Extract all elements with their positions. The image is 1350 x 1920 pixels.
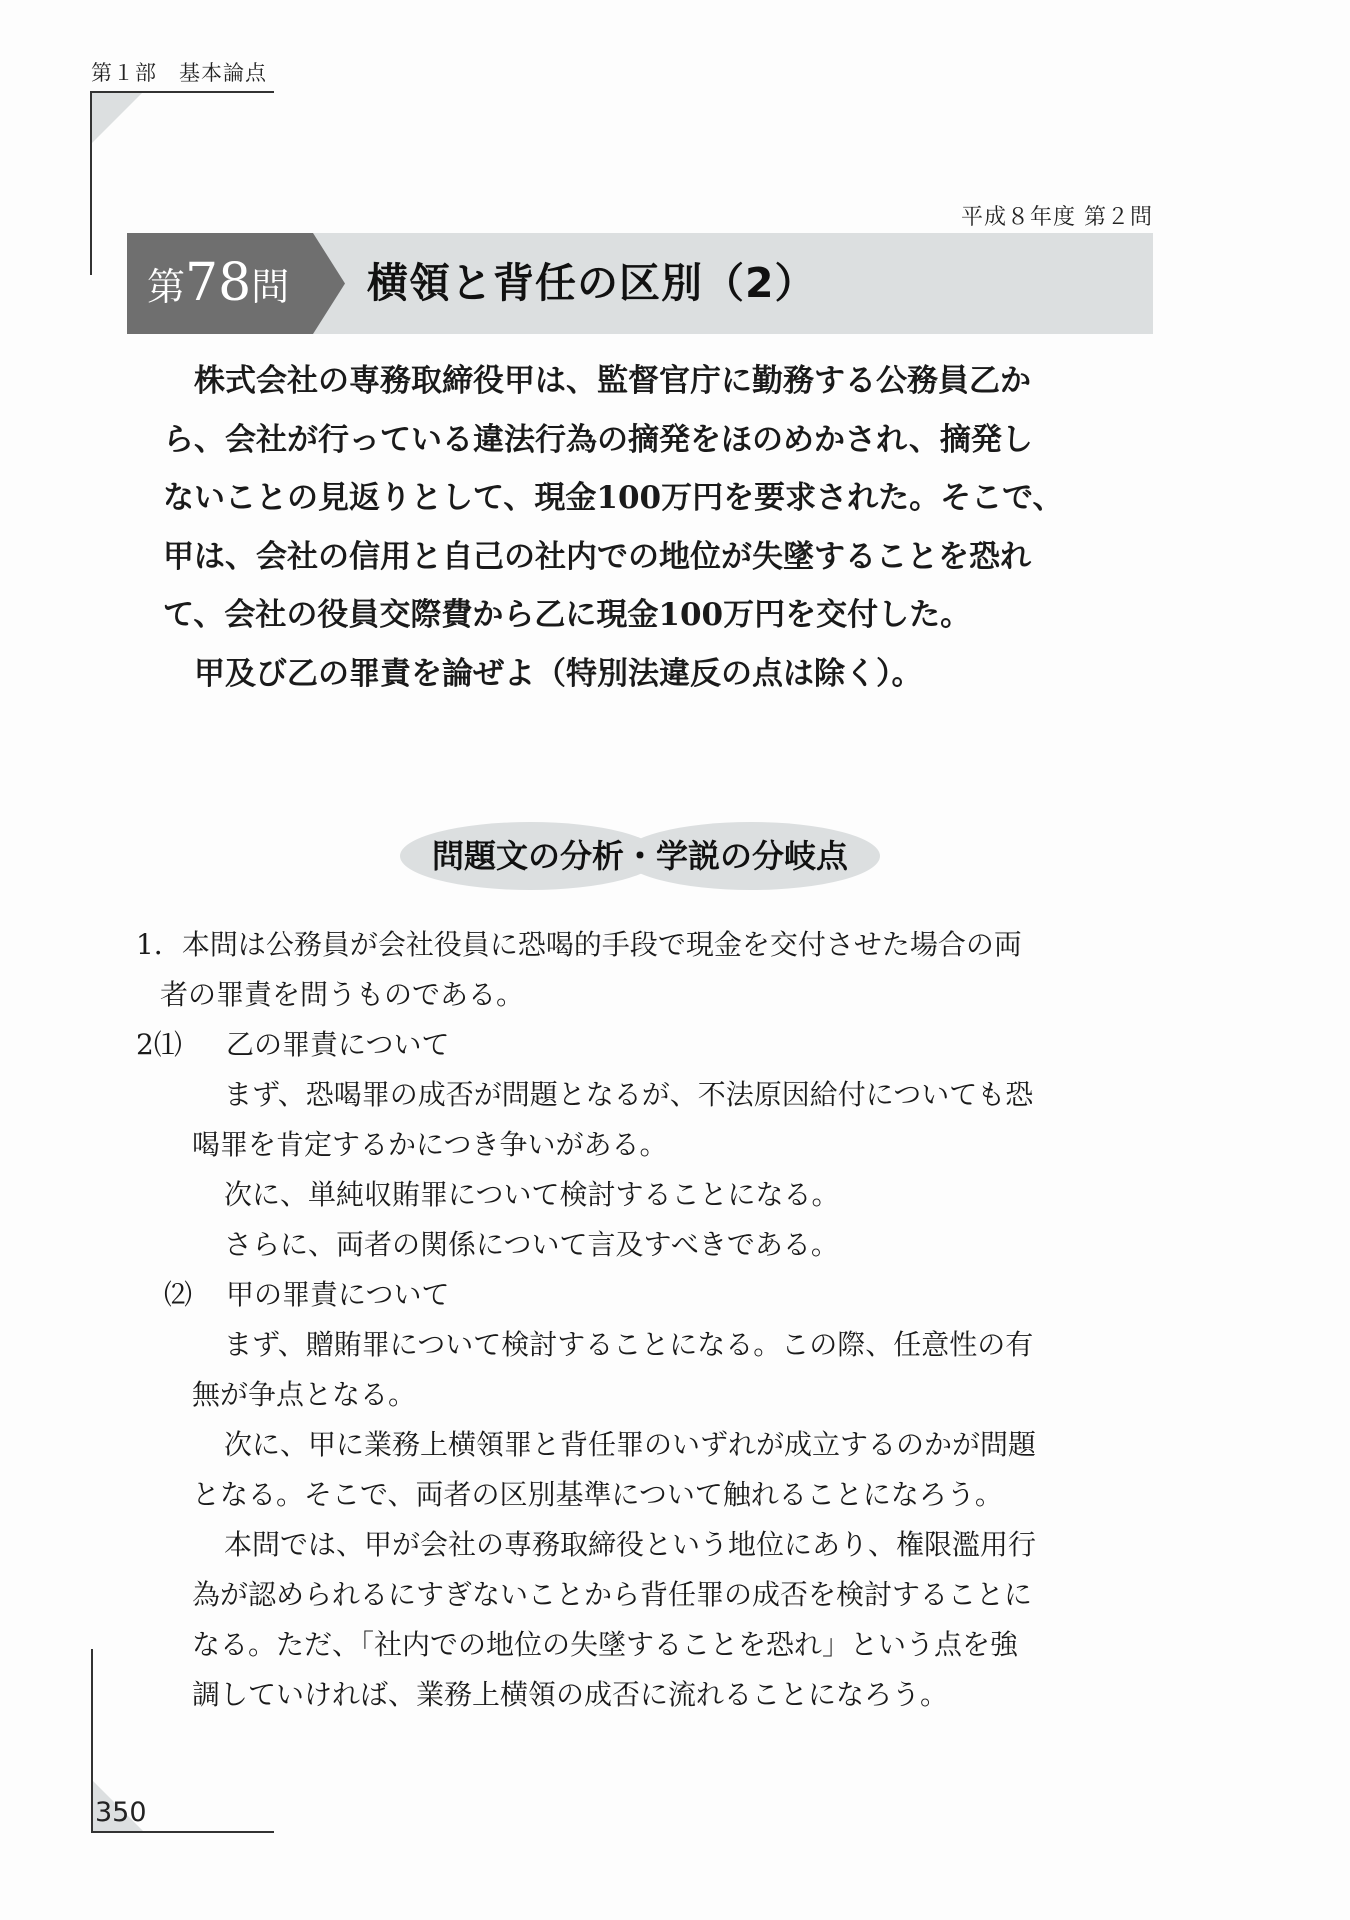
badge-prefix: 第 bbox=[147, 265, 185, 309]
running-head: 第１部 基本論点 bbox=[91, 57, 267, 87]
question-title-bar: 第78問 横領と背任の区別（2） bbox=[127, 233, 1153, 334]
item-marker: 2⑴ bbox=[136, 1020, 226, 1070]
problem-line: 甲は、会社の信用と自己の社内での地位が失墜することを恐れ bbox=[163, 528, 1153, 587]
problem-line: ら、会社が行っている違法行為の摘発をほのめかされ、摘発し bbox=[163, 411, 1153, 470]
analysis-item-1-line: 1．本問は公務員が会社役員に恐喝的手段で現金を交付させた場合の両 bbox=[136, 920, 1156, 970]
problem-line: ないことの見返りとして、現金100万円を要求された。そこで、 bbox=[163, 469, 1153, 528]
analysis-line: 次に、単純収賄罪について検討することになる。 bbox=[136, 1170, 1156, 1220]
analysis-body: 1．本問は公務員が会社役員に恐喝的手段で現金を交付させた場合の両 者の罪責を問う… bbox=[136, 920, 1156, 1720]
section-header: 問題文の分析・学説の分岐点 bbox=[400, 822, 880, 890]
analysis-line: 喝罪を肯定するかにつき争いがある。 bbox=[136, 1120, 1156, 1170]
badge-suffix: 問 bbox=[251, 265, 289, 309]
problem-statement: 株式会社の専務取締役甲は、監督官庁に勤務する公務員乙か ら、会社が行っている違法… bbox=[163, 352, 1153, 703]
analysis-line: なる。ただ、「社内での地位の失墜することを恐れ」という点を強 bbox=[136, 1620, 1156, 1670]
analysis-line: 本問では、甲が会社の専務取締役という地位にあり、権限濫用行 bbox=[136, 1520, 1156, 1570]
analysis-line: 次に、甲に業務上横領罪と背任罪のいずれが成立するのかが問題 bbox=[136, 1420, 1156, 1470]
question-number-badge: 第78問 bbox=[127, 233, 345, 334]
problem-line: 甲及び乙の罪責を論ぜよ（特別法違反の点は除く）。 bbox=[163, 645, 1153, 704]
badge-number: 78 bbox=[185, 253, 251, 313]
section-title: 問題文の分析・学説の分岐点 bbox=[400, 822, 880, 890]
problem-line: 株式会社の専務取締役甲は、監督官庁に勤務する公務員乙か bbox=[163, 352, 1153, 411]
analysis-line: 無が争点となる。 bbox=[136, 1370, 1156, 1420]
problem-line: て、会社の役員交際費から乙に現金100万円を交付した。 bbox=[163, 586, 1153, 645]
analysis-subheading: 2⑴乙の罪責について bbox=[136, 1020, 1156, 1070]
analysis-line: まず、贈賄罪について検討することになる。この際、任意性の有 bbox=[136, 1320, 1156, 1370]
analysis-line: まず、恐喝罪の成否が問題となるが、不法原因給付についても恐 bbox=[136, 1070, 1156, 1120]
subheading-text: 甲の罪責について bbox=[226, 1278, 449, 1311]
corner-triangle-top bbox=[92, 93, 142, 143]
item-marker: ⑵ bbox=[164, 1270, 226, 1320]
analysis-line: 調していければ、業務上横領の成否に流れることになろう。 bbox=[136, 1670, 1156, 1720]
question-title: 横領と背任の区別（2） bbox=[367, 233, 817, 334]
analysis-subheading: ⑵甲の罪責について bbox=[136, 1270, 1156, 1320]
analysis-line: となる。そこで、両者の区別基準について触れることになろう。 bbox=[136, 1470, 1156, 1520]
analysis-item-1-line: 者の罪責を問うものである。 bbox=[136, 970, 1156, 1020]
subheading-text: 乙の罪責について bbox=[226, 1028, 449, 1061]
analysis-line: 為が認められるにすぎないことから背任罪の成否を検討することに bbox=[136, 1570, 1156, 1620]
analysis-line: さらに、両者の関係について言及すべきである。 bbox=[136, 1220, 1156, 1270]
page-number: 350 bbox=[95, 1797, 147, 1828]
source-reference: 平成８年度 第２問 bbox=[961, 200, 1153, 231]
corner-mark-bottom-horizontal bbox=[91, 1831, 274, 1833]
